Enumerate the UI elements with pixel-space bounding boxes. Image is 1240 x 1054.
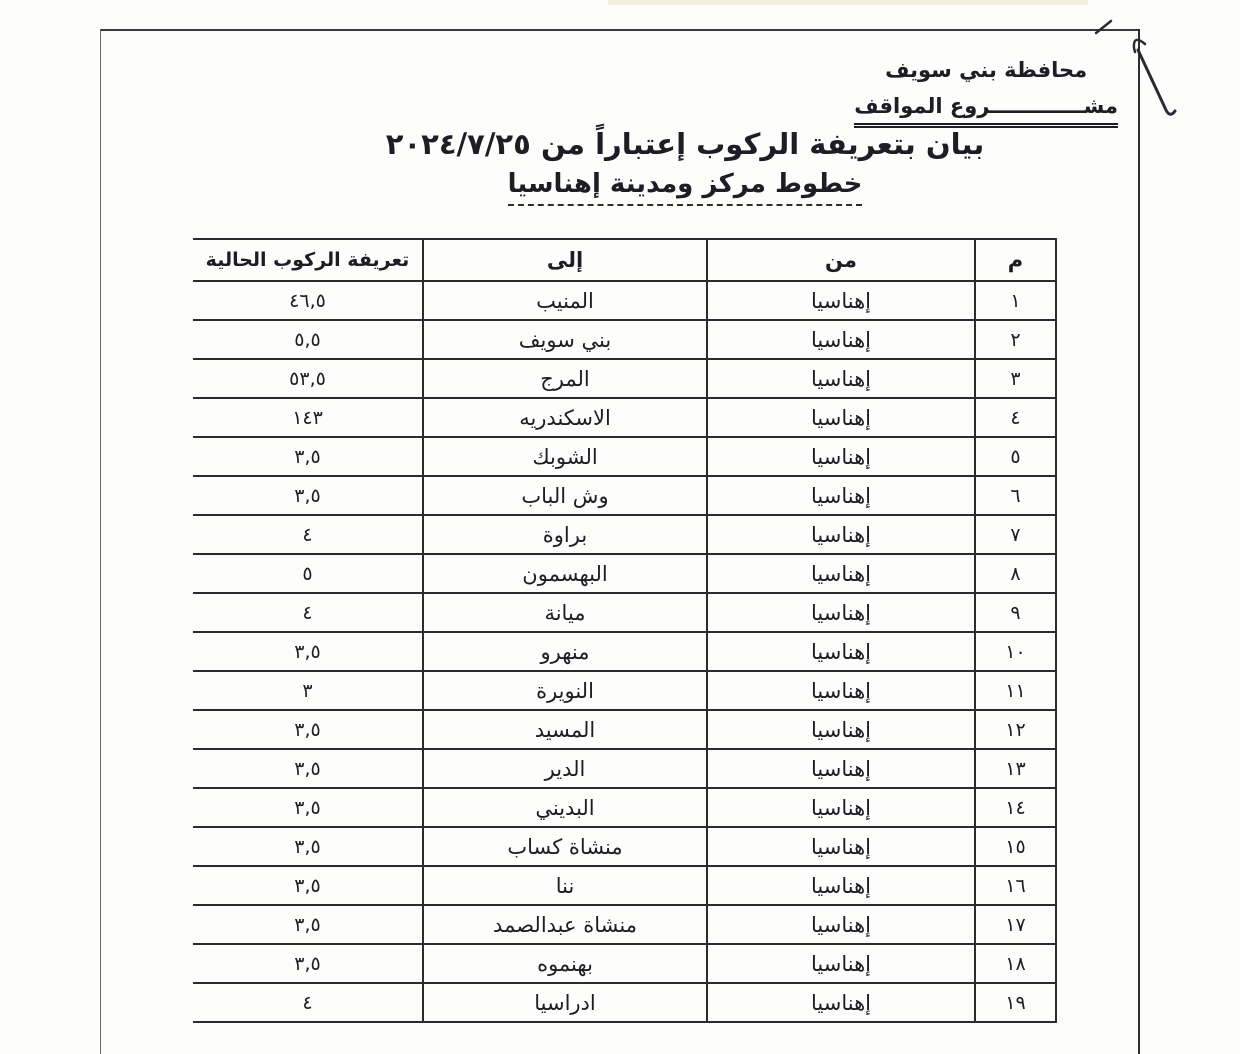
to-cell: بني سويف bbox=[423, 320, 707, 359]
fare-table: م من إلى تعريفة الركوب الحالية ١إهناسياا… bbox=[193, 238, 1057, 1023]
from-cell: إهناسيا bbox=[707, 749, 975, 788]
row-index-cell: ١٧ bbox=[975, 905, 1056, 944]
table-row: ٩إهناسياميانة٤ bbox=[193, 593, 1056, 632]
row-index-cell: ١٠ bbox=[975, 632, 1056, 671]
column-header-fare: تعريفة الركوب الحالية bbox=[193, 239, 423, 281]
to-cell: ننا bbox=[423, 866, 707, 905]
to-cell: المسيد bbox=[423, 710, 707, 749]
fare-cell: ٣,٥ bbox=[193, 476, 423, 515]
table-row: ١٩إهناسياادراسيا٤ bbox=[193, 983, 1056, 1022]
scanned-document-page: محافظة بني سويف مشـــــــــــــروع الموا… bbox=[0, 0, 1240, 1054]
from-cell: إهناسيا bbox=[707, 593, 975, 632]
column-header-from: من bbox=[707, 239, 975, 281]
row-index-cell: ٤ bbox=[975, 398, 1056, 437]
page-subtitle: خطوط مركز ومدينة إهناسيا bbox=[340, 169, 1030, 206]
fare-cell: ٥,٥ bbox=[193, 320, 423, 359]
from-cell: إهناسيا bbox=[707, 788, 975, 827]
to-cell: الدير bbox=[423, 749, 707, 788]
fare-table-container: م من إلى تعريفة الركوب الحالية ١إهناسياا… bbox=[193, 238, 1057, 1054]
governorate-name: محافظة بني سويف bbox=[854, 54, 1118, 87]
row-index-cell: ١٢ bbox=[975, 710, 1056, 749]
table-row: ٧إهناسيابراوة٤ bbox=[193, 515, 1056, 554]
from-cell: إهناسيا bbox=[707, 710, 975, 749]
fare-cell: ٤ bbox=[193, 593, 423, 632]
from-cell: إهناسيا bbox=[707, 359, 975, 398]
fare-cell: ٣,٥ bbox=[193, 437, 423, 476]
scan-edge-artifact bbox=[608, 0, 1088, 5]
to-cell: المنيب bbox=[423, 281, 707, 320]
row-index-cell: ١٩ bbox=[975, 983, 1056, 1022]
from-cell: إهناسيا bbox=[707, 905, 975, 944]
fare-cell: ٣,٥ bbox=[193, 632, 423, 671]
table-row: ١٥إهناسيامنشاة كساب٣,٥ bbox=[193, 827, 1056, 866]
from-cell: إهناسيا bbox=[707, 398, 975, 437]
page-border-top bbox=[100, 29, 1140, 31]
to-cell: براوة bbox=[423, 515, 707, 554]
to-cell: الشوبك bbox=[423, 437, 707, 476]
row-index-cell: ١٦ bbox=[975, 866, 1056, 905]
to-cell: منهرو bbox=[423, 632, 707, 671]
table-row: ١١إهناسياالنويرة٣ bbox=[193, 671, 1056, 710]
page-subtitle-text: خطوط مركز ومدينة إهناسيا bbox=[508, 169, 863, 206]
to-cell: البهسمون bbox=[423, 554, 707, 593]
project-name: مشـــــــــــــروع المواقف bbox=[854, 90, 1118, 129]
table-row: ١٢إهناسياالمسيد٣,٥ bbox=[193, 710, 1056, 749]
fare-cell: ٣,٥ bbox=[193, 710, 423, 749]
document-title-block: بيان بتعريفة الركوب إعتباراً من ٢٠٢٤/٧/٢… bbox=[340, 127, 1030, 206]
fare-cell: ٤ bbox=[193, 983, 423, 1022]
page-title: بيان بتعريفة الركوب إعتباراً من ٢٠٢٤/٧/٢… bbox=[340, 127, 1030, 161]
table-row: ١إهناسياالمنيب٤٦,٥ bbox=[193, 281, 1056, 320]
from-cell: إهناسيا bbox=[707, 281, 975, 320]
table-row: ١٧إهناسيامنشاة عبدالصمد٣,٥ bbox=[193, 905, 1056, 944]
row-index-cell: ١٣ bbox=[975, 749, 1056, 788]
fare-cell: ٥٣,٥ bbox=[193, 359, 423, 398]
fare-cell: ٣ bbox=[193, 671, 423, 710]
column-header-to: إلى bbox=[423, 239, 707, 281]
table-row: ١٠إهناسيامنهرو٣,٥ bbox=[193, 632, 1056, 671]
row-index-cell: ١٨ bbox=[975, 944, 1056, 983]
table-row: ٣إهناسياالمرج٥٣,٥ bbox=[193, 359, 1056, 398]
table-row: ٤إهناسياالاسكندريه١٤٣ bbox=[193, 398, 1056, 437]
from-cell: إهناسيا bbox=[707, 671, 975, 710]
row-index-cell: ٢ bbox=[975, 320, 1056, 359]
to-cell: منشاة كساب bbox=[423, 827, 707, 866]
table-row: ١٤إهناسياالبديني٣,٥ bbox=[193, 788, 1056, 827]
fare-cell: ١٤٣ bbox=[193, 398, 423, 437]
row-index-cell: ١٥ bbox=[975, 827, 1056, 866]
to-cell: منشاة عبدالصمد bbox=[423, 905, 707, 944]
from-cell: إهناسيا bbox=[707, 983, 975, 1022]
from-cell: إهناسيا bbox=[707, 827, 975, 866]
row-index-cell: ٣ bbox=[975, 359, 1056, 398]
row-index-cell: ٩ bbox=[975, 593, 1056, 632]
table-header-row: م من إلى تعريفة الركوب الحالية bbox=[193, 239, 1056, 281]
table-row: ١٨إهناسيابهنموه٣,٥ bbox=[193, 944, 1056, 983]
from-cell: إهناسيا bbox=[707, 632, 975, 671]
to-cell: بهنموه bbox=[423, 944, 707, 983]
to-cell: ميانة bbox=[423, 593, 707, 632]
table-row: ١٦إهناسياننا٣,٥ bbox=[193, 866, 1056, 905]
row-index-cell: ١ bbox=[975, 281, 1056, 320]
to-cell: ادراسيا bbox=[423, 983, 707, 1022]
row-index-cell: ١٤ bbox=[975, 788, 1056, 827]
fare-cell: ٣,٥ bbox=[193, 788, 423, 827]
row-index-cell: ٦ bbox=[975, 476, 1056, 515]
from-cell: إهناسيا bbox=[707, 320, 975, 359]
row-index-cell: ٥ bbox=[975, 437, 1056, 476]
to-cell: النويرة bbox=[423, 671, 707, 710]
letterhead: محافظة بني سويف مشـــــــــــــروع الموا… bbox=[854, 54, 1118, 128]
table-row: ٥إهناسياالشوبك٣,٥ bbox=[193, 437, 1056, 476]
to-cell: الاسكندريه bbox=[423, 398, 707, 437]
row-index-cell: ٧ bbox=[975, 515, 1056, 554]
to-cell: المرج bbox=[423, 359, 707, 398]
column-header-index: م bbox=[975, 239, 1056, 281]
fare-cell: ٤٦,٥ bbox=[193, 281, 423, 320]
from-cell: إهناسيا bbox=[707, 476, 975, 515]
fare-cell: ٤ bbox=[193, 515, 423, 554]
fare-cell: ٣,٥ bbox=[193, 827, 423, 866]
fare-cell: ٥ bbox=[193, 554, 423, 593]
from-cell: إهناسيا bbox=[707, 437, 975, 476]
table-row: ٦إهناسياوش الباب٣,٥ bbox=[193, 476, 1056, 515]
to-cell: وش الباب bbox=[423, 476, 707, 515]
fare-cell: ٣,٥ bbox=[193, 905, 423, 944]
from-cell: إهناسيا bbox=[707, 515, 975, 554]
row-index-cell: ٨ bbox=[975, 554, 1056, 593]
table-row: ٨إهناسياالبهسمون٥ bbox=[193, 554, 1056, 593]
to-cell: البديني bbox=[423, 788, 707, 827]
page-border-left bbox=[100, 29, 101, 1054]
pen-slash-mark bbox=[1138, 50, 1175, 114]
from-cell: إهناسيا bbox=[707, 944, 975, 983]
from-cell: إهناسيا bbox=[707, 866, 975, 905]
fare-cell: ٣,٥ bbox=[193, 866, 423, 905]
row-index-cell: ١١ bbox=[975, 671, 1056, 710]
table-row: ١٣إهناسياالدير٣,٥ bbox=[193, 749, 1056, 788]
page-border-right bbox=[1138, 29, 1140, 1054]
fare-cell: ٣,٥ bbox=[193, 749, 423, 788]
pen-tick-mark bbox=[1096, 21, 1111, 33]
table-row: ٢إهناسيابني سويف٥,٥ bbox=[193, 320, 1056, 359]
fare-cell: ٣,٥ bbox=[193, 944, 423, 983]
from-cell: إهناسيا bbox=[707, 554, 975, 593]
